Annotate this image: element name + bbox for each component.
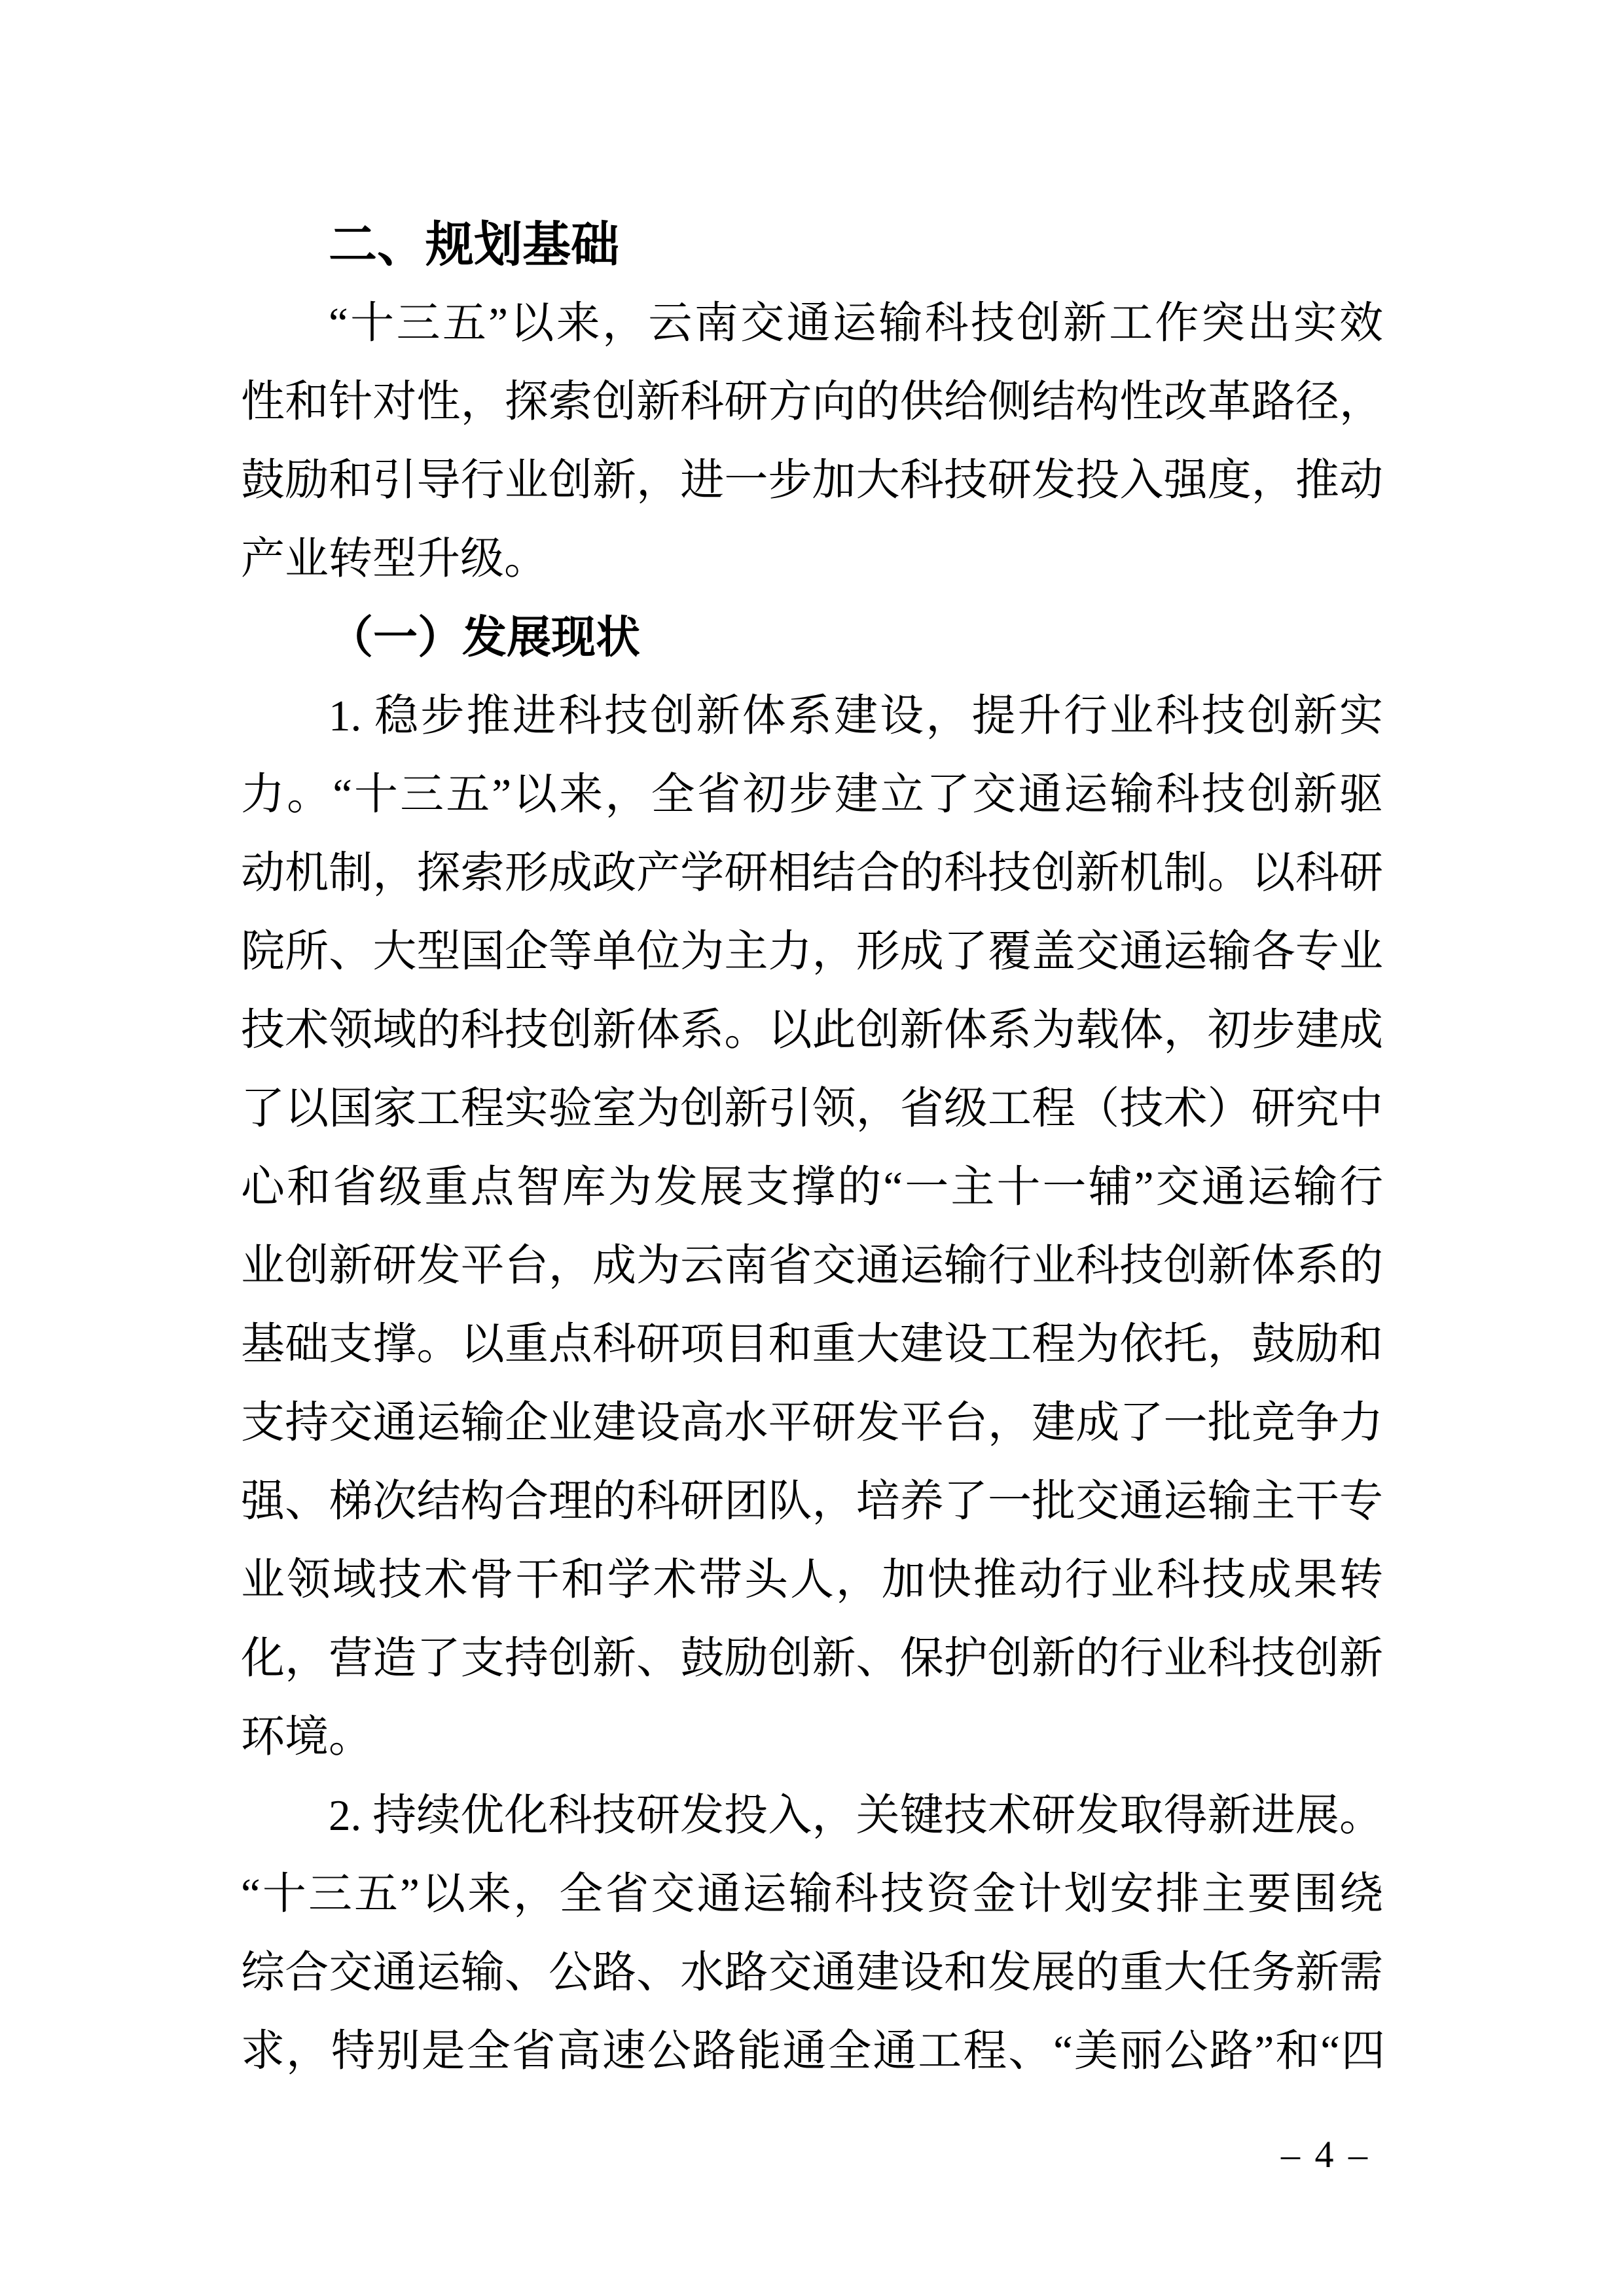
paragraph-2-line-7: 心和省级重点智库为发展支撑的“一主十一辅”交通运输行	[241, 1148, 1383, 1227]
paragraph-2-line-2: 力。“十三五”以来，全省初步建立了交通运输科技创新驱	[241, 755, 1383, 834]
paragraph-1-line-3: 鼓励和引导行业创新，进一步加大科技研发投入强度，推动	[241, 441, 1383, 520]
paragraph-2-line-13: 化，营造了支持创新、鼓励创新、保护创新的行业科技创新	[241, 1619, 1383, 1698]
paragraph-2-line-14: 环境。	[241, 1698, 1383, 1776]
paragraph-1-line-4: 产业转型升级。	[241, 520, 1383, 598]
paragraph-3-line-3: 综合交通运输、公路、水路交通建设和发展的重大任务新需	[241, 1933, 1383, 2012]
page-number: – 4 –	[1281, 2128, 1370, 2181]
paragraph-2-line-3: 动机制，探索形成政产学研相结合的科技创新机制。以科研	[241, 834, 1383, 912]
paragraph-2-line-11: 强、梯次结构合理的科研团队，培养了一批交通运输主干专	[241, 1462, 1383, 1541]
paragraph-2-line-4: 院所、大型国企等单位为主力，形成了覆盖交通运输各专业	[241, 912, 1383, 991]
paragraph-1-line-1: “十三五”以来，云南交通运输科技创新工作突出实效	[241, 284, 1383, 363]
section-heading: 二、规划基础	[241, 206, 1383, 284]
paragraph-3-line-1: 2. 持续优化科技研发投入，关键技术研发取得新进展。	[241, 1776, 1383, 1855]
paragraph-2-line-12: 业领域技术骨干和学术带头人，加快推动行业科技成果转	[241, 1541, 1383, 1619]
paragraph-2-line-10: 支持交通运输企业建设高水平研发平台，建成了一批竞争力	[241, 1384, 1383, 1462]
paragraph-3-line-4: 求，特别是全省高速公路能通全通工程、“美丽公路”和“四	[241, 2012, 1383, 2090]
paragraph-2-line-8: 业创新研发平台，成为云南省交通运输行业科技创新体系的	[241, 1227, 1383, 1305]
document-page: 二、规划基础 “十三五”以来，云南交通运输科技创新工作突出实效 性和针对性，探索…	[0, 0, 1624, 2296]
paragraph-2-line-9: 基础支撑。以重点科研项目和重大建设工程为依托，鼓励和	[241, 1305, 1383, 1384]
text-block: 二、规划基础 “十三五”以来，云南交通运输科技创新工作突出实效 性和针对性，探索…	[241, 206, 1383, 2090]
paragraph-1-line-2: 性和针对性，探索创新科研方向的供给侧结构性改革路径，	[241, 363, 1383, 441]
paragraph-3-line-2: “十三五”以来，全省交通运输科技资金计划安排主要围绕	[241, 1855, 1383, 1933]
paragraph-2-line-6: 了以国家工程实验室为创新引领，省级工程（技术）研究中	[241, 1069, 1383, 1148]
paragraph-2-line-5: 技术领域的科技创新体系。以此创新体系为载体，初步建成	[241, 991, 1383, 1069]
subsection-heading: （一）发展现状	[241, 598, 1383, 677]
paragraph-2-line-1: 1. 稳步推进科技创新体系建设，提升行业科技创新实	[241, 677, 1383, 755]
